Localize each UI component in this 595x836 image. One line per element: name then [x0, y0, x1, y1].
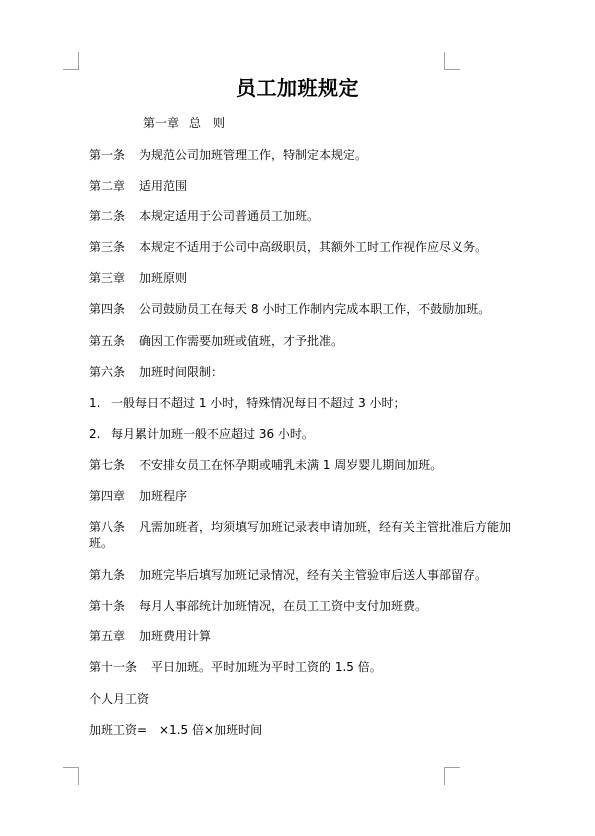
article: 第二条本规定适用于公司普通员工加班。	[89, 208, 519, 224]
line-text: 加班程序	[139, 489, 187, 503]
article: 第一条为规范公司加班管理工作，特制定本规定。	[89, 147, 519, 163]
line-text: 一般每日不超过 1 小时，特殊情况每日不超过 3 小时；	[111, 396, 406, 410]
margin-corner-mark	[444, 767, 460, 785]
article: 第七条不安排女员工在怀孕期或哺乳未满 1 周岁婴儿期间加班。	[89, 457, 519, 473]
list-item: 1.一般每日不超过 1 小时，特殊情况每日不超过 3 小时；	[89, 395, 519, 411]
line-label: 第十一条	[89, 659, 137, 675]
line-label: 第四条	[89, 301, 125, 317]
chapter-heading: 第四章加班程序	[89, 488, 519, 504]
article: 第十一条平日加班。平时加班为平时工资的 1.5 倍。	[89, 659, 519, 675]
article: 第六条加班时间限制：	[89, 364, 519, 380]
chapter-heading: 第二章适用范围	[89, 178, 519, 194]
document-title: 员工加班规定	[0, 72, 595, 101]
paragraph: 个人月工资	[89, 691, 519, 707]
list-item: 2.每月累计加班一般不应超过 36 小时。	[89, 426, 519, 442]
margin-corner-mark	[444, 52, 460, 70]
line-text: 个人月工资	[89, 692, 149, 706]
line-label: 第一章	[143, 115, 179, 131]
line-label: 第五条	[89, 333, 125, 349]
line-label: 第八条	[89, 519, 125, 535]
line-text: 本规定适用于公司普通员工加班。	[139, 209, 319, 223]
line-text: 不安排女员工在怀孕期或哺乳未满 1 周岁婴儿期间加班。	[139, 458, 442, 472]
line-text: 为规范公司加班管理工作，特制定本规定。	[139, 148, 367, 162]
line-text: 凡需加班者，均须填写加班记录表申请加班，经有关主管批准后方能加班。	[89, 520, 511, 550]
line-label: 第六条	[89, 364, 125, 380]
line-label: 第二条	[89, 208, 125, 224]
line-text: 加班工资= ×1.5 倍×加班时间	[89, 723, 262, 737]
article: 第三条本规定不适用于公司中高级职员，其额外工时工作视作应尽义务。	[89, 239, 519, 255]
line-label: 第五章	[89, 628, 125, 644]
article: 第四条公司鼓励员工在每天 8 小时工作制内完成本职工作，不鼓励加班。	[89, 301, 519, 317]
chapter-heading: 第五章加班费用计算	[89, 628, 519, 644]
line-label: 第一条	[89, 147, 125, 163]
line-text: 本规定不适用于公司中高级职员，其额外工时工作视作应尽义务。	[139, 240, 487, 254]
line-text: 公司鼓励员工在每天 8 小时工作制内完成本职工作，不鼓励加班。	[139, 302, 490, 316]
line-text: 加班原则	[139, 271, 187, 285]
margin-corner-mark	[63, 52, 79, 70]
line-text: 每月累计加班一般不应超过 36 小时。	[111, 427, 314, 441]
article: 第九条加班完毕后填写加班记录情况，经有关主管验审后送人事部留存。	[89, 567, 519, 583]
line-text: 总 则	[189, 116, 225, 130]
article: 第十条每月人事部统计加班情况，在员工工资中支付加班费。	[89, 598, 519, 614]
chapter-heading: 第三章加班原则	[89, 270, 519, 286]
line-text: 加班费用计算	[139, 629, 211, 643]
line-text: 每月人事部统计加班情况，在员工工资中支付加班费。	[139, 599, 427, 613]
line-text: 加班时间限制：	[139, 365, 223, 379]
line-label: 第九条	[89, 567, 125, 583]
line-label: 第七条	[89, 457, 125, 473]
article: 第五条确因工作需要加班或值班，才予批准。	[89, 333, 519, 349]
line-label: 第二章	[89, 178, 125, 194]
article: 第八条凡需加班者，均须填写加班记录表申请加班，经有关主管批准后方能加班。	[89, 519, 521, 551]
line-text: 平日加班。平时加班为平时工资的 1.5 倍。	[151, 660, 382, 674]
chapter-heading: 第一章总 则	[143, 115, 573, 131]
line-text: 加班完毕后填写加班记录情况，经有关主管验审后送人事部留存。	[139, 568, 487, 582]
list-number: 1.	[89, 395, 111, 411]
line-label: 第十条	[89, 598, 125, 614]
line-text: 适用范围	[139, 179, 187, 193]
line-label: 第四章	[89, 488, 125, 504]
line-label: 第三条	[89, 239, 125, 255]
line-label: 第三章	[89, 270, 125, 286]
line-text: 确因工作需要加班或值班，才予批准。	[139, 334, 343, 348]
margin-corner-mark	[63, 767, 79, 785]
list-number: 2.	[89, 426, 111, 442]
formula-paragraph: 加班工资= ×1.5 倍×加班时间	[89, 722, 519, 738]
